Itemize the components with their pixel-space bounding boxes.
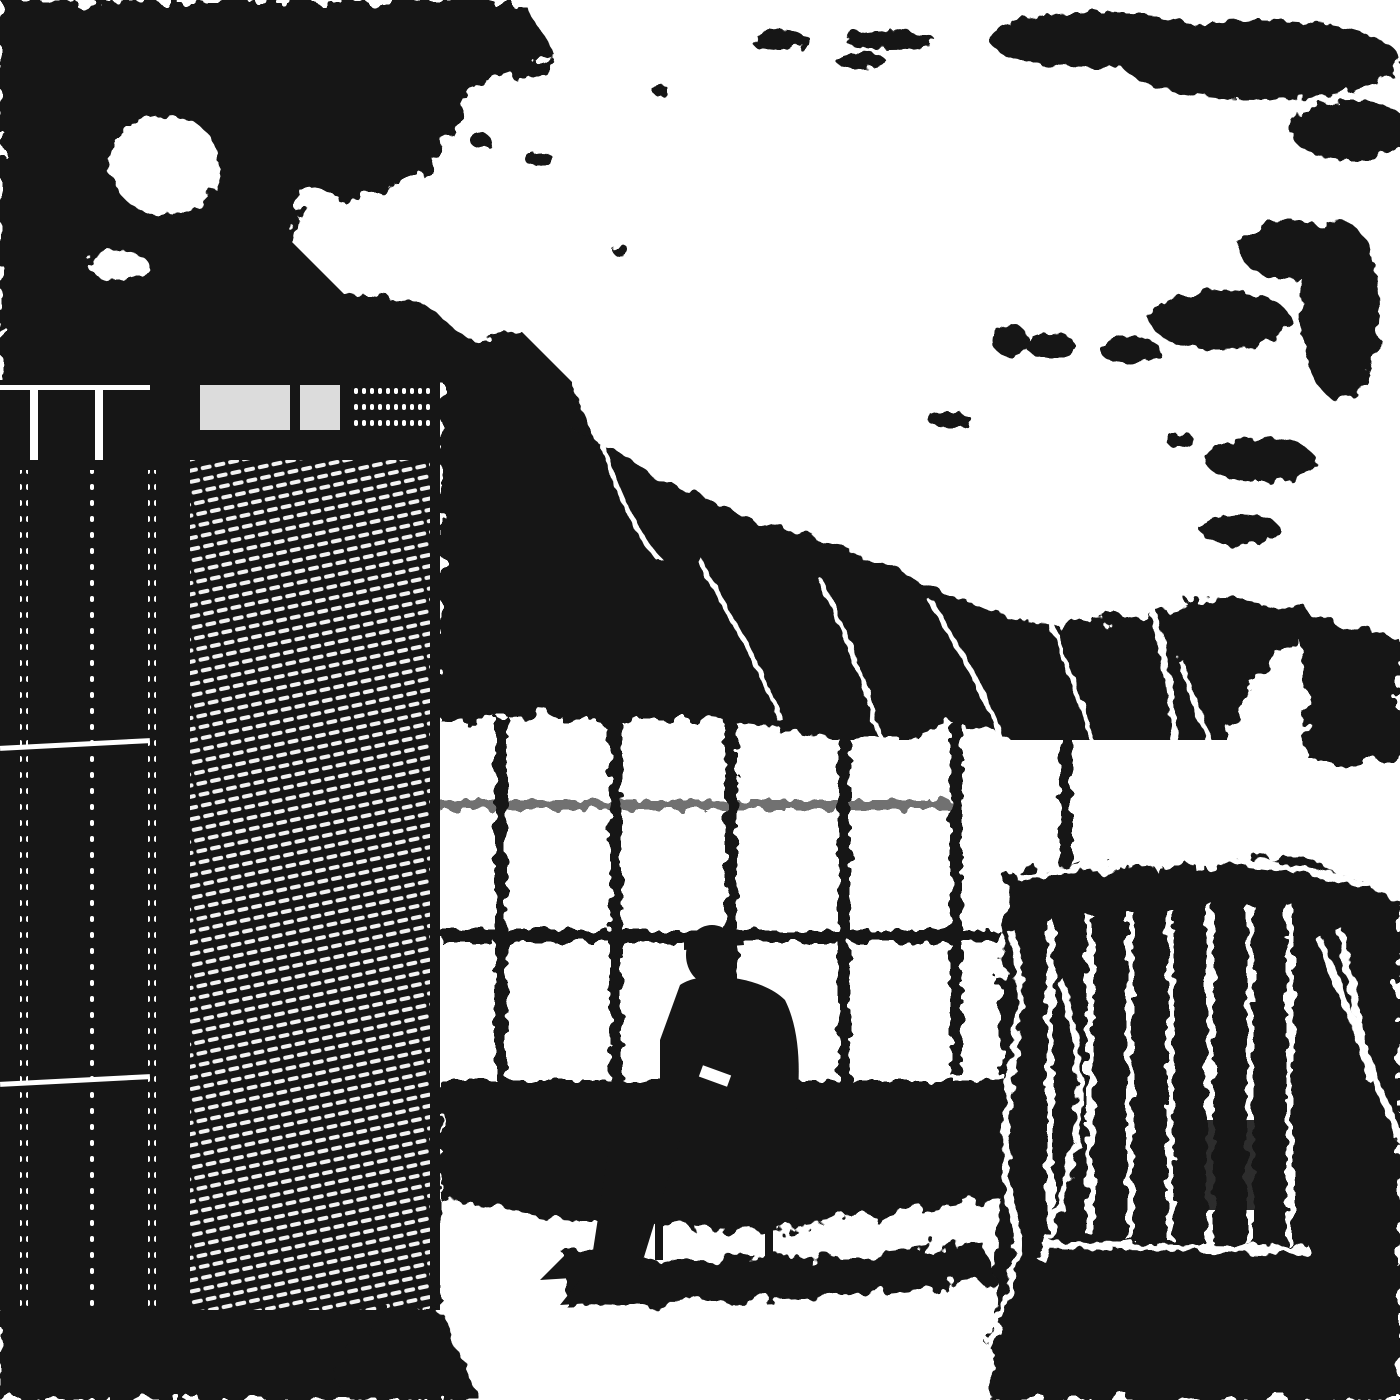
- photo-artwork: [0, 0, 1400, 1400]
- photo-scene: [0, 0, 1400, 1400]
